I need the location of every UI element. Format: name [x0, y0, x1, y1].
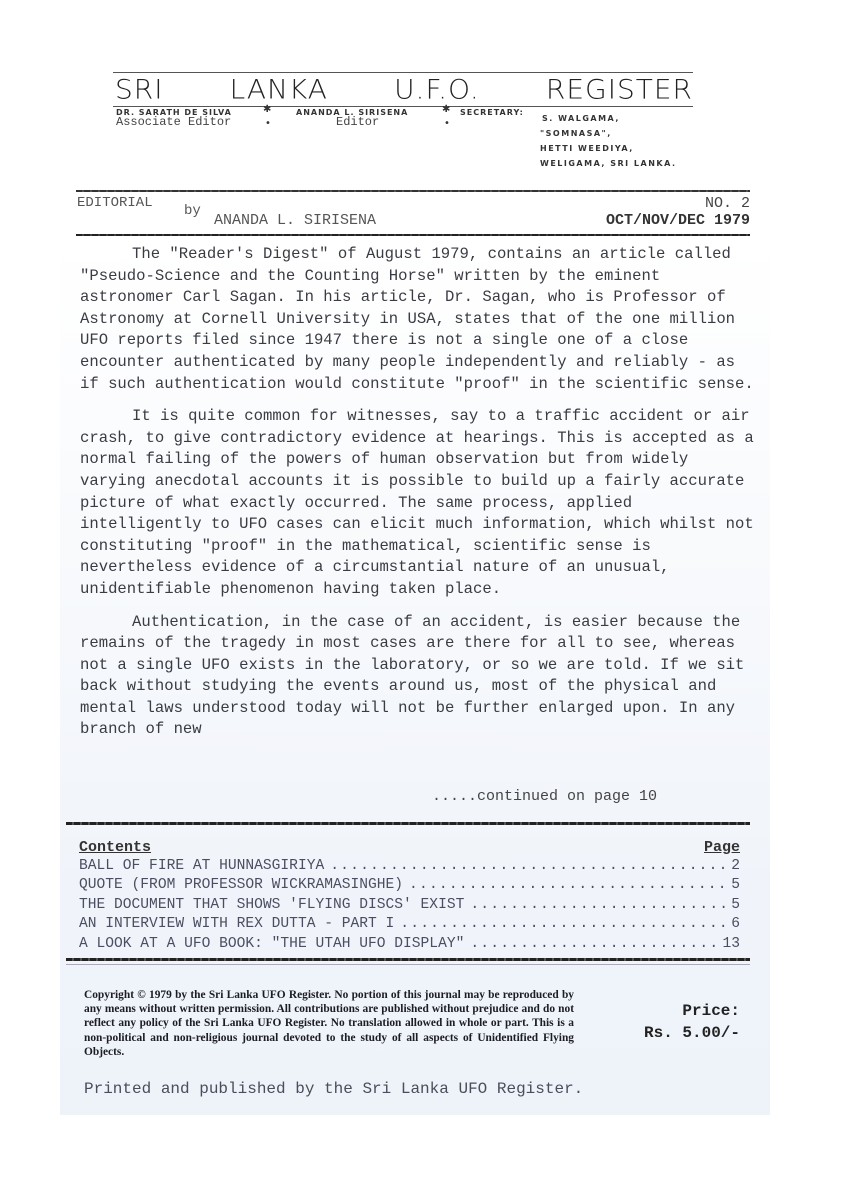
dot-leader: ........................................… [464, 896, 727, 916]
address-line: "SOMNASA", [540, 126, 677, 141]
contents-header: Contents Page [79, 838, 740, 857]
contents-item-page: 6 [727, 915, 740, 935]
title-word: REGISTER [546, 76, 693, 105]
contents-item-title: QUOTE (FROM PROFESSOR WICKRAMASINGHE) [79, 876, 403, 896]
contents-item-page: 2 [727, 857, 740, 877]
contents-item-title: A LOOK AT A UFO BOOK: "THE UTAH UFO DISP… [79, 935, 464, 955]
contents-item-title: AN INTERVIEW WITH REX DUTTA - PART I [79, 915, 394, 935]
rule [66, 964, 750, 965]
editor: ANANDA L. SIRISENA Editor [296, 108, 446, 128]
paragraph: It is quite common for witnesses, say to… [80, 406, 760, 600]
contents-item-title: BALL OF FIRE AT HUNNASGIRIYA [79, 857, 324, 877]
address-line: HETTI WEEDIYA, [540, 141, 677, 156]
contents-item: BALL OF FIRE AT HUNNASGIRIYA............… [79, 857, 740, 877]
title-word: U.F.O. [394, 76, 480, 105]
dot-leader: ........................................… [464, 935, 718, 955]
contents-item: THE DOCUMENT THAT SHOWS 'FLYING DISCS' E… [79, 896, 740, 916]
contents-box: Contents Page BALL OF FIRE AT HUNNASGIRI… [66, 822, 750, 965]
dot-leader: ........................................… [394, 915, 727, 935]
contents-item-title: THE DOCUMENT THAT SHOWS 'FLYING DISCS' E… [79, 896, 464, 916]
price-box: Price: Rs. 5.00/- [630, 1000, 740, 1044]
editor-role: Editor [296, 117, 446, 128]
separator-star-icon: • [444, 118, 450, 129]
contents-item-page: 13 [718, 935, 740, 955]
dot-leader: ........................................… [324, 857, 727, 877]
masthead-bottom-rule [113, 106, 693, 107]
price-value: Rs. 5.00/- [630, 1022, 740, 1044]
issue-date: OCT/NOV/DEC 1979 [606, 212, 750, 229]
associate-editor-role: Associate Editor [116, 117, 266, 128]
paragraph: The "Reader's Digest" of August 1979, co… [80, 244, 760, 395]
editorial-header: EDITORIAL by ANANDA L. SIRISENA NO. 2 OC… [76, 190, 750, 236]
rule [76, 190, 750, 192]
rule [66, 958, 750, 961]
publisher-line: Printed and published by the Sri Lanka U… [84, 1080, 583, 1098]
contents-item: AN INTERVIEW WITH REX DUTTA - PART I....… [79, 915, 740, 935]
contents-item: A LOOK AT A UFO BOOK: "THE UTAH UFO DISP… [79, 935, 740, 955]
copyright-notice: Copyright © 1979 by the Sri Lanka UFO Re… [84, 988, 574, 1059]
rule [76, 234, 750, 236]
address-line: WELIGAMA, SRI LANKA. [540, 156, 677, 171]
page-heading: Page [704, 838, 740, 857]
dot-leader: ........................................… [403, 876, 727, 896]
journal-title: SRI LANKA U.F.O. REGISTER [113, 73, 693, 105]
editorial-body: The "Reader's Digest" of August 1979, co… [80, 244, 760, 752]
title-word: SRI [115, 76, 164, 105]
address-line: S. WALGAMA, [542, 111, 677, 126]
secretary-address: S. WALGAMA, "SOMNASA", HETTI WEEDIYA, WE… [540, 111, 677, 171]
contents-heading: Contents [79, 838, 151, 857]
price-label: Price: [630, 1000, 740, 1022]
title-word: LANKA [230, 76, 328, 105]
author-name: ANANDA L. SIRISENA [214, 212, 376, 229]
paragraph: Authentication, in the case of an accide… [80, 612, 760, 742]
contents-item-page: 5 [727, 876, 740, 896]
section-label: EDITORIAL [77, 195, 153, 211]
secretary-label: SECRETARY: [460, 108, 524, 117]
separator-star-icon: ✱ [263, 104, 271, 115]
byline-prefix: by [184, 203, 201, 219]
table-of-contents: Contents Page BALL OF FIRE AT HUNNASGIRI… [66, 825, 750, 959]
separator-star-icon: • [265, 118, 271, 129]
contents-item: QUOTE (FROM PROFESSOR WICKRAMASINGHE)...… [79, 876, 740, 896]
masthead: SRI LANKA U.F.O. REGISTER [113, 72, 693, 107]
continued-note: .....continued on page 10 [432, 788, 657, 805]
issue-number: NO. 2 [705, 195, 750, 212]
associate-editor: DR. SARATH DE SILVA Associate Editor [116, 108, 266, 128]
separator-star-icon: ✱ [442, 104, 450, 115]
contents-item-page: 5 [727, 896, 740, 916]
